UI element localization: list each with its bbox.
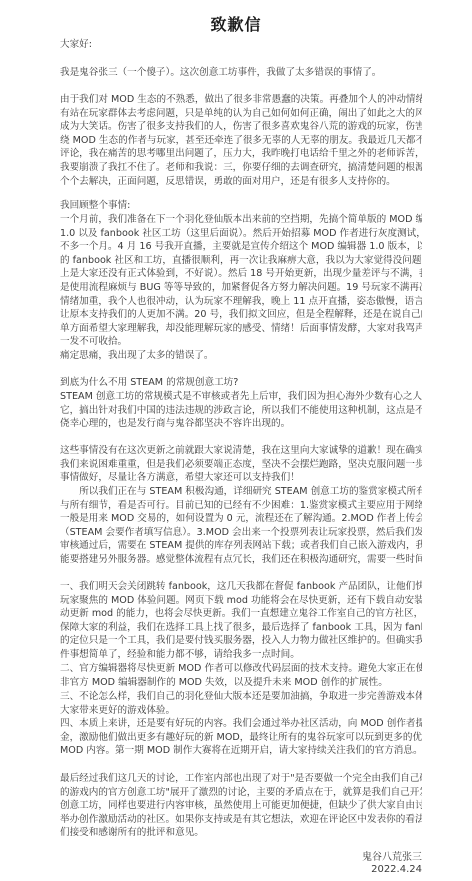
text-line: 非官方 MOD 编辑器制作的 MOD 失效，以及提升未来 MOD 创作的扩展性。: [60, 676, 422, 690]
text-line: 情绪加重，我个人也很冲动，认为玩家不理解我，晚上 11 点开直播，姿态傲慢，语言…: [60, 295, 422, 309]
intro-paragraph: 我是鬼谷张三（一个傻子）。这次创意工坊事件，我做了太多错误的事情了。: [60, 66, 422, 80]
text-line: 是使用流程麻烦与 BUG 等等导致的，加紧督促各方努力解决问题。19 号玩家不满…: [60, 281, 422, 295]
text-line: 不多一个月。4 月 16 号我开直播，主要就是宣传介绍这个 MOD 编辑器 1.…: [60, 240, 422, 254]
text-line: 一般是用来 MOD 交易的，如何设置为 0 元，流程还在了解沟通。2.MOD 作…: [60, 512, 422, 526]
text-line: 我要崩溃了我扛不住了。老师和我说：三，你要仔细的去调查研究，搞清楚问题的根源，一: [60, 161, 422, 175]
plan-item-1: 一、我们明天会关闭跳转 fanbook，这几天我都在督促 fanbook 产品团…: [60, 580, 422, 662]
text-line: 这些事情没有在这次更新之前就跟大家说清楚，我在这里向大家诚挚的道歉！现在确实对于: [60, 444, 422, 458]
text-line: 上是大家还没有正式体验到，不好说）。然后 18 号开始更新，出现少量差评与不满，…: [60, 267, 422, 281]
text-line: 单方面希望大家理解我，却没能理解玩家的感受、情绪！后面事情发酵，大家对我骂声一片…: [60, 322, 422, 336]
text-line: 有站在玩家群体去考虑问题，只是单纯的认为自己如何如何正确，闹出了如此之大的风波，: [60, 107, 422, 121]
text-line: 个个去解决，正面问题，反思错误，勇敢的面对用户，还是有很多人支持你的。: [60, 175, 422, 189]
text-line: STEAM 创意工坊的常规模式是不审核或者先上后审，我们因为担心海外少数有心之人…: [60, 390, 422, 404]
paragraph-timeline: 一个月前，我们准备在下一个羽化登仙版本出来前的空挡期，先搞个简单版的 MOD 编…: [60, 213, 422, 349]
text-line: 一发不可收拾。: [60, 335, 422, 349]
text-line: 件事想简单了，经验和能力都不够，请给我多一点时间。: [60, 648, 422, 662]
text-line: 所以我们正在与 STEAM 积极沟通，详细研究 STEAM 创意工坊的鉴赏家模式…: [60, 485, 422, 499]
text-line: 我们来说困难重重，但是我们必须要端正态度，坚决不会摆烂跑路，坚决克服问题一步步把: [60, 458, 422, 472]
text-line: 三、不论怎么样，我们自己的羽化登仙大版本还是要加油搞，争取进一步完善游戏本体，给: [60, 690, 422, 704]
letter-title: 致歉信: [0, 12, 472, 35]
paragraph-steam-reason: STEAM 创意工坊的常规模式是不审核或者先上后审，我们因为担心海外少数有心之人…: [60, 390, 422, 431]
text-line: 金，激励他们做出更多有趣好玩的新 MOD，最终让所有的鬼谷玩家可以玩到更多的优质: [60, 731, 422, 745]
text-line: 的定位只是一个工具，我们是要付钱买服务器，投入人力物力做社区维护的。但确实我把这: [60, 634, 422, 648]
paragraph-background: 由于我们对 MOD 生态的不熟悉，做出了很多非常愚蠢的决策。再叠加个人的冲动情绪…: [60, 93, 422, 188]
text-line: 评论，我在痛苦的思考哪里出问题了，压力大，我昨晚打电话给千里之外的老师诉苦，我说: [60, 147, 422, 161]
plan-item-2: 二、官方编辑器将尽快更新 MOD 作者可以修改代码层面的技术支持。避免大家正在使…: [60, 662, 422, 689]
text-line: 的游戏内的官方创意工坊"展开了激烈的讨论，主要的矛盾点在于，就算是我们自己开发的: [60, 786, 422, 800]
paragraph-apology: 这些事情没有在这次更新之前就跟大家说清楚，我在这里向大家诚挚的道歉！现在确实对于…: [60, 444, 422, 485]
text-line: 绕 MOD 生态的作者与玩家，甚至还牵连了很多无辜的人无辜的朋友。我最近几天都不…: [60, 134, 422, 148]
text-line: 创意工坊，同样也要进行内容审核，虽然使用上可能更加便捷，但缺少了供大家自由讨论和: [60, 799, 422, 813]
steam-heading: 到底为什么不用 STEAM 的常规创意工坊?: [60, 376, 422, 390]
review-heading: 我回顾整个事情:: [60, 199, 422, 213]
text-line: 四、本质上来讲，还是要有好玩的内容。我们会通过举办社区活动，向 MOD 创作者提…: [60, 717, 422, 731]
plan-item-4: 四、本质上来讲，还是要有好玩的内容。我们会通过举办社区活动，向 MOD 创作者提…: [60, 717, 422, 758]
text-line: 审核通过后，需要在 STEAM 提供的库存列表网站下载；或者我们自己嵌入游戏内，…: [60, 539, 422, 553]
text-line: 事情做好，尽量让各方满意，希望大家还可以支持我们！: [60, 471, 422, 485]
closing-paragraph: 最后经过我们这几天的讨论，工作室内部也出现了对于"是否要做一个完全由我们自己研发…: [60, 772, 422, 840]
text-line: 大家带来更好的游戏体验。: [60, 704, 422, 718]
text-line: 1.0 以及 fanbook 社区工坊（这里后面说）。然后开始招募 MOD 作者…: [60, 227, 422, 241]
text-line: MOD 内容。第一期 MOD 制作大赛将在近期开启，请大家持续关注我们的官方消息…: [60, 744, 422, 758]
text-line: 举办创作激励活动的社区。如果你支持或是有其它想法，欢迎在评论区中发表你的看法，我: [60, 813, 422, 827]
pain-line: 痛定思痛，我出现了太多的错误了。: [60, 349, 422, 363]
text-line: 一个月前，我们准备在下一个羽化登仙版本出来前的空挡期，先搞个简单版的 MOD 编…: [60, 213, 422, 227]
text-line: 一、我们明天会关闭跳转 fanbook，这几天我都在督促 fanbook 产品团…: [60, 580, 422, 594]
text-line: 最后经过我们这几天的讨论，工作室内部也出现了对于"是否要做一个完全由我们自己研发: [60, 772, 422, 786]
text-line: 由于我们对 MOD 生态的不熟悉，做出了很多非常愚蠢的决策。再叠加个人的冲动情绪…: [60, 93, 422, 107]
text-line: 二、官方编辑器将尽快更新 MOD 作者可以修改代码层面的技术支持。避免大家正在使…: [60, 662, 422, 676]
text-line: 与所有细节，看是否可行。目前已知的已经有不少困难：1.鉴赏家模式主要应用于网络游…: [60, 499, 422, 513]
text-line: （STEAM 会要作者填写信息）。3.MOD 会出来一个投票列表让玩家投票，然后…: [60, 526, 422, 540]
letter-date: 2022.4.24: [371, 864, 422, 875]
text-line: 它，搞出针对我们中国的违法违规的涉政言论，所以我们不能使用这种机制，这点是不能有: [60, 404, 422, 418]
text-line: 动更新 mod 的能力，也将会尽快更新。我们一直想建立鬼谷工作室自己的官方社区，…: [60, 607, 422, 621]
text-line: 成为大笑话。伤害了很多支持我们的人，伤害了很多喜欢鬼谷八荒的游戏的玩家，伤害了围: [60, 120, 422, 134]
text-line: 保障大家的利益，我们在选择工具上找了很多，最后选择了 fanbook 工具，因为…: [60, 621, 422, 635]
text-line: 侥幸心理的，也是发行商与鬼谷都坚决不容许出现的。: [60, 417, 422, 431]
plan-item-3: 三、不论怎么样，我们自己的羽化登仙大版本还是要加油搞，争取进一步完善游戏本体，给…: [60, 690, 422, 717]
text-line: 能要搭建另外服务器。感觉整体流程有点冗长，我们还在积极沟通研究，需要一些时间。: [60, 553, 422, 567]
text-line: 玩家聚焦的 MOD 体验问题。网页下载 mod 功能将会在尽快更新，还有下载自动…: [60, 594, 422, 608]
signature: 鬼谷八荒张三: [362, 848, 422, 863]
text-line: 让原本支持我们的人更加不满。20 号，我们拟文回应，但是全程解释，还是在说自己的…: [60, 308, 422, 322]
text-line: 们接受和感谢所有的批评和意见。: [60, 826, 422, 840]
paragraph-steam-communication: 所以我们正在与 STEAM 积极沟通，详细研究 STEAM 创意工坊的鉴赏家模式…: [60, 485, 422, 567]
greeting: 大家好:: [60, 38, 422, 52]
text-line: 的 fanbook 社区和工坊，直播很顺利，再一次让我麻痹大意，我以为大家觉得没…: [60, 254, 422, 268]
